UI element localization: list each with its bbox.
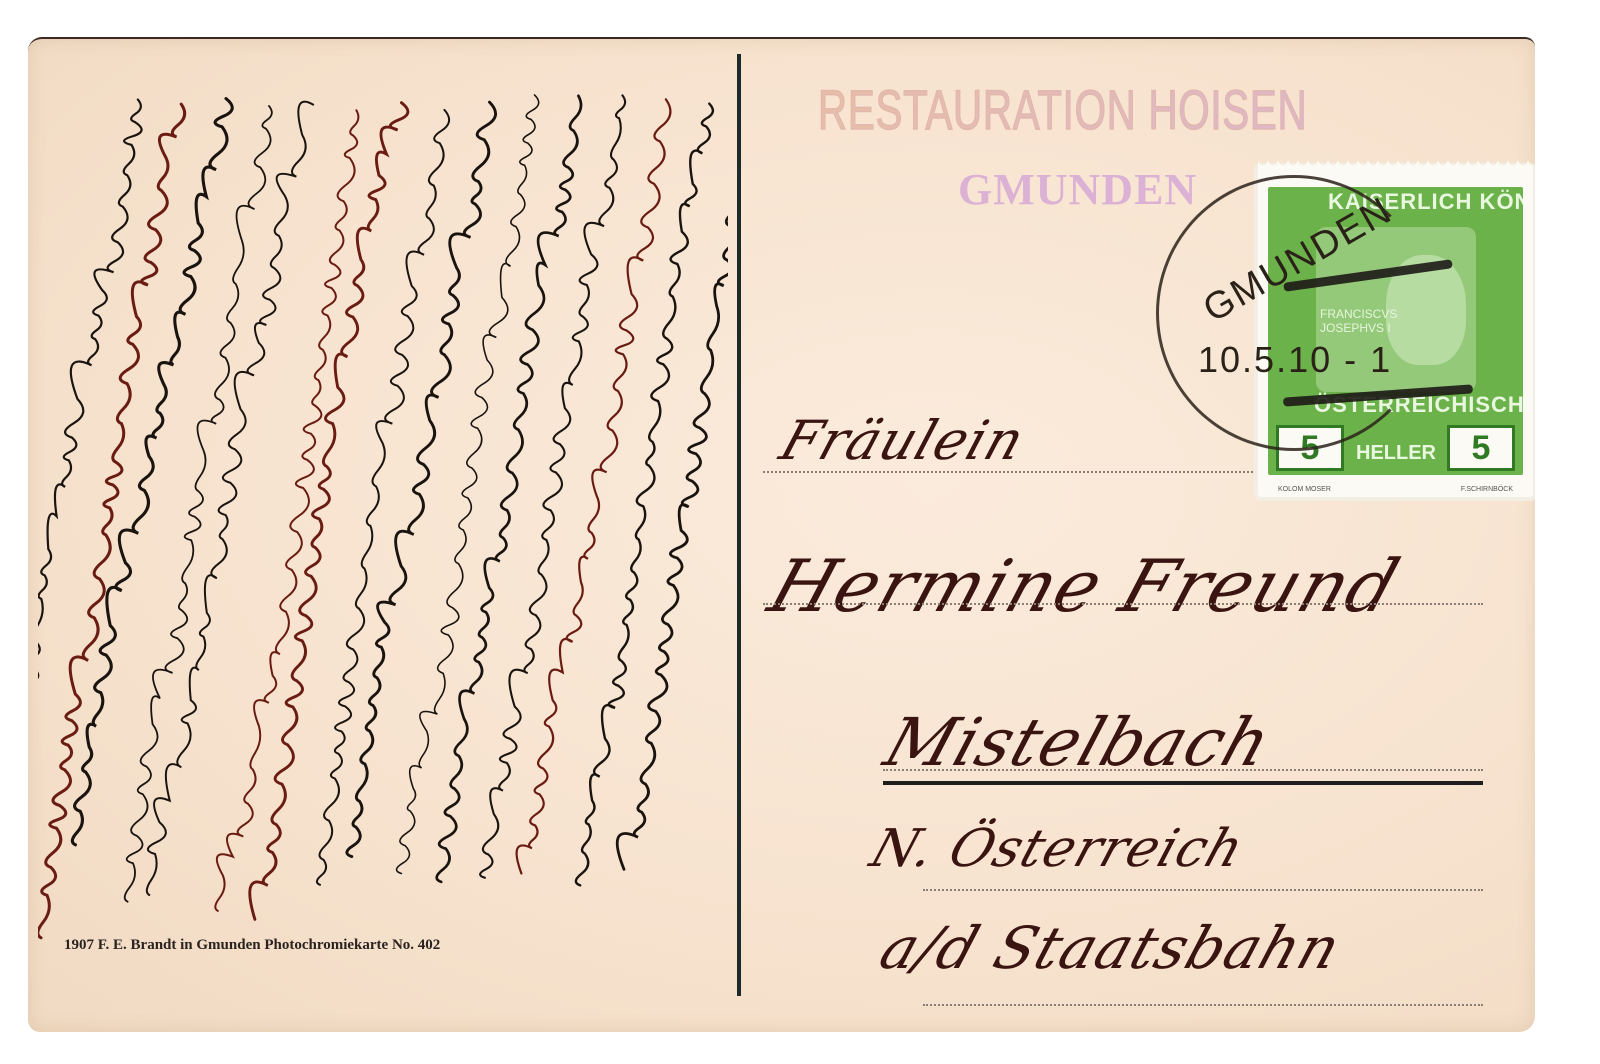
handwriting-column	[312, 107, 451, 888]
stamp-value-right: 5	[1447, 425, 1515, 471]
message-address-divider	[737, 54, 741, 996]
handwriting-column	[479, 91, 628, 883]
address-dotted-line	[883, 769, 1483, 771]
handwriting-column	[343, 96, 498, 862]
address-salutation: Fräulein	[773, 409, 1033, 472]
sender-stamp-line1: RESTAURATION HOISEN	[818, 77, 1307, 142]
address-extra: a/d Staatsbahn	[872, 914, 1349, 982]
handwriting-column	[614, 96, 728, 873]
address-region: N. Österreich	[863, 819, 1251, 879]
town-underline	[883, 781, 1483, 785]
postmark-date: 10.5.10 - 1	[1198, 339, 1392, 381]
handwriting-column	[69, 91, 233, 852]
handwriting-column	[141, 94, 313, 902]
publisher-imprint: 1907 F. E. Brandt in Gmunden Photochromi…	[64, 937, 440, 954]
address-dotted-line	[763, 603, 1483, 605]
address-dotted-line	[923, 1004, 1483, 1006]
stamp-perforation	[1258, 161, 1533, 171]
handwriting-column	[38, 95, 146, 885]
postcard: 1907 F. E. Brandt in Gmunden Photochromi…	[28, 37, 1535, 1032]
address-dotted-line	[923, 889, 1483, 891]
handwriting-column	[210, 106, 365, 916]
stamp-designer-left: KOLOM MOSER	[1278, 486, 1331, 493]
address-dotted-line	[763, 471, 1253, 473]
sender-stamp-line2: GMUNDEN	[958, 164, 1197, 215]
handwriting-column	[38, 100, 186, 942]
handwriting-column	[246, 97, 409, 925]
stamp-designer-right: F.SCHIRNBÖCK	[1461, 486, 1513, 493]
handwritten-message	[38, 47, 728, 947]
address-name: Hermine Freund	[759, 544, 1409, 628]
stamp-denomination: HELLER	[1356, 442, 1436, 465]
